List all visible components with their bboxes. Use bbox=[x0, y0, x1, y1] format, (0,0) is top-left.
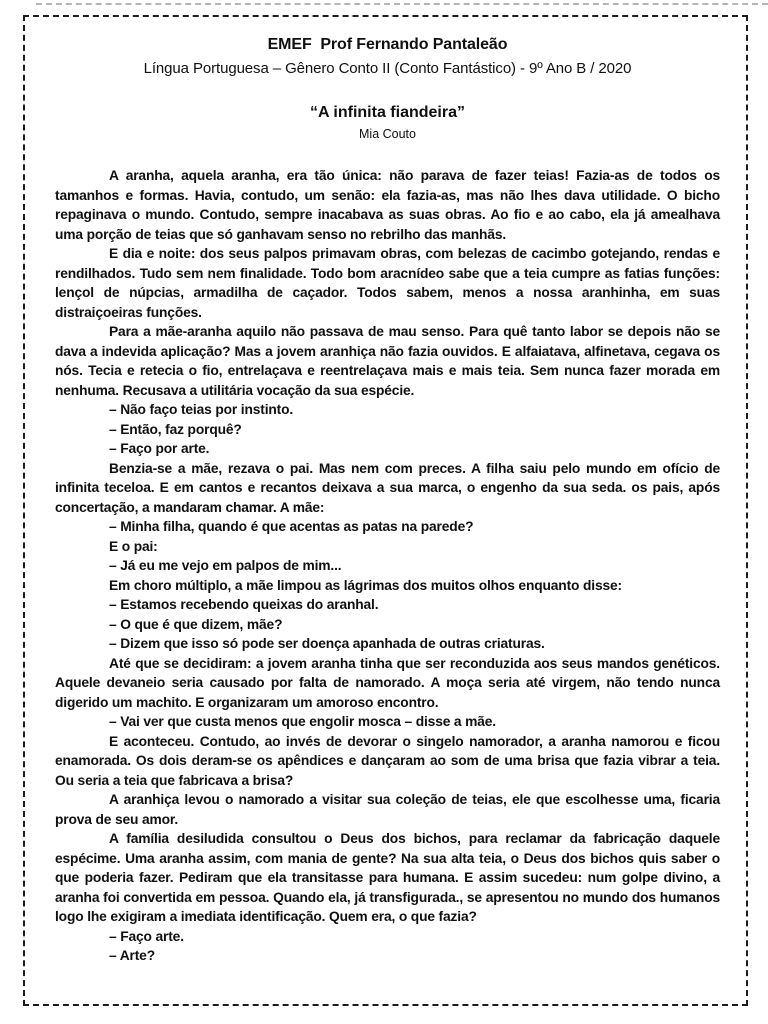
story-dialogue-line: – O que é que dizem, mãe? bbox=[55, 615, 720, 635]
story-paragraph: Para a mãe-aranha aquilo não passava de … bbox=[55, 322, 720, 400]
story-paragraph: Até que se decidiram: a jovem aranha tin… bbox=[55, 654, 720, 713]
story-paragraph: Em choro múltiplo, a mãe limpou as lágri… bbox=[55, 576, 720, 596]
course-subject-line: Língua Portuguesa – Gênero Conto II (Con… bbox=[55, 56, 720, 81]
story-body: A aranha, aquela aranha, era tão única: … bbox=[55, 166, 720, 966]
story-dialogue-line: – Faço por arte. bbox=[55, 439, 720, 459]
story-author: Mia Couto bbox=[55, 124, 720, 144]
story-dialogue-line: – Faço arte. bbox=[55, 927, 720, 947]
story-dialogue-line: – Então, faz porquê? bbox=[55, 420, 720, 440]
story-title: “A infinita fiandeira” bbox=[55, 102, 720, 124]
story-paragraph: E aconteceu. Contudo, ao invés de devora… bbox=[55, 732, 720, 791]
story-paragraph: A aranhiça levou o namorado a visitar su… bbox=[55, 790, 720, 829]
story-paragraph: Benzia-se a mãe, rezava o pai. Mas nem c… bbox=[55, 459, 720, 518]
story-dialogue-line: – Arte? bbox=[55, 946, 720, 966]
page-content: EMEF Prof Fernando Pantaleão Língua Port… bbox=[25, 17, 746, 976]
scan-artifact-line bbox=[36, 3, 768, 5]
document-header: EMEF Prof Fernando Pantaleão Língua Port… bbox=[55, 33, 720, 81]
story-dialogue-line: E o pai: bbox=[55, 537, 720, 557]
story-paragraph: A família desiludida consultou o Deus do… bbox=[55, 829, 720, 927]
story-dialogue-line: – Não faço teias por instinto. bbox=[55, 400, 720, 420]
story-dialogue-line: – Vai ver que custa menos que engolir mo… bbox=[55, 712, 720, 732]
story-dialogue-line: – Minha filha, quando é que acentas as p… bbox=[55, 517, 720, 537]
story-dialogue-line: – Estamos recebendo queixas do aranhal. bbox=[55, 595, 720, 615]
story-dialogue-line: – Já eu me vejo em palpos de mim... bbox=[55, 556, 720, 576]
worksheet-page: EMEF Prof Fernando Pantaleão Língua Port… bbox=[23, 15, 748, 1006]
story-paragraph: E dia e noite: dos seus palpos primavam … bbox=[55, 244, 720, 322]
story-paragraph: A aranha, aquela aranha, era tão única: … bbox=[55, 166, 720, 244]
story-dialogue-line: – Dizem que isso só pode ser doença apan… bbox=[55, 634, 720, 654]
school-name: EMEF Prof Fernando Pantaleão bbox=[55, 33, 720, 56]
